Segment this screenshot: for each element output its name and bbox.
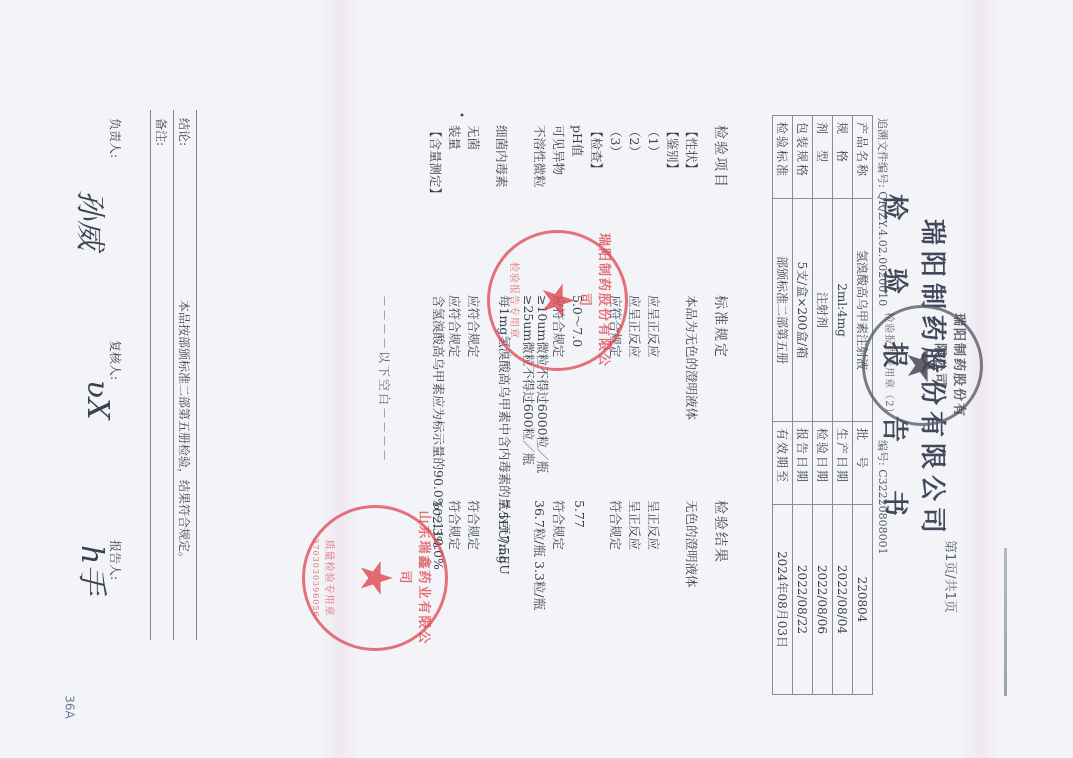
test-item-name: 无菌 [465, 125, 483, 150]
test-item-name: 不溶性微粒 [531, 125, 549, 188]
seal-text: 瑞阳制药股份有限公司 [577, 233, 615, 368]
responsible-signature: 孙威 [71, 190, 115, 250]
test-item-standard: 应符合规定 [446, 295, 464, 358]
test-item-row: 【性状】本品为无色的澄明液体无色的澄明液体 [682, 0, 701, 758]
info-value: 注射剂 [813, 199, 833, 422]
test-item-row: 【鉴别】 [663, 0, 682, 758]
blank-below-marker: －－－－以下空白－－－－ [376, 295, 393, 463]
product-info-table: 产品名称氢溴酸高乌甲素注射液批 号220804规 格2ml:4mg生产日期202… [772, 115, 873, 695]
info-label: 批 号 [853, 422, 873, 505]
info-row: 检验标准部颁标准二部第五册有效期至2024年08月03日 [773, 116, 793, 695]
test-item-standard: 本品为无色的澄明液体 [683, 295, 701, 420]
doc-code-label: 追溯文件编号: [876, 118, 889, 188]
info-label: 有效期至 [773, 422, 793, 505]
seal-subtext: 质量检验专用章 [323, 508, 338, 648]
test-item-name: 细菌内毒素 [493, 125, 511, 188]
test-item-standard: 应呈正反应 [645, 295, 663, 358]
conclusion-block: 结论: 本品按部颁标准二部第五册检验，结果符合规定。 备注: [150, 110, 197, 640]
test-item-name: （2） [626, 125, 644, 158]
info-value: 部颁标准二部第五册 [773, 199, 793, 422]
remarks-label: 备注: [153, 118, 170, 146]
test-item-row: （3）应符合规定符合规定 [606, 0, 625, 758]
reporter-signature: h手 [73, 545, 117, 594]
conclusion-row: 结论: 本品按部颁标准二部第五册检验，结果符合规定。 [174, 110, 197, 640]
inspection-seal-red: 瑞阳制药股份有限公司 ★ 检验报告专用章 [487, 230, 628, 371]
info-row: 包装规格5支/盒×200盒/箱报告日期2022/08/22 [793, 116, 813, 695]
test-item-row: 不溶性微粒≥10um微粒不得过6000粒／瓶 ≥25um微粒不得过600粒／瓶3… [511, 0, 549, 758]
header-item: 检验项目 [711, 125, 731, 189]
test-item-name: 【检查】 [588, 125, 606, 175]
info-label: 产品名称 [853, 116, 873, 199]
test-item-result: 呈正反应 [626, 500, 644, 550]
side-mark: 36A [63, 695, 77, 718]
scan-edge-line [1004, 548, 1007, 696]
seal-code: 3703030396056 [311, 508, 320, 648]
traceability-code: 追溯文件编号: QR/ZY.4.02.0020010 [875, 118, 891, 306]
test-item-result: 符合规定 [465, 500, 483, 550]
star-icon: ★ [353, 558, 397, 597]
info-label: 包装规格 [793, 116, 813, 199]
test-item-name: 【性状】 [683, 125, 701, 175]
test-item-standard: 应呈正反应 [626, 295, 644, 358]
test-item-standard: 应符合规定 [465, 295, 483, 358]
report-no-value: C32220808001 [876, 469, 889, 554]
test-item-name: （3） [607, 125, 625, 158]
info-value: 2022/08/06 [813, 505, 833, 695]
test-item-result: 呈正反应 [645, 500, 663, 550]
info-row: 剂 型注射剂检验日期2022/08/06 [813, 116, 833, 695]
test-item-row: 细菌内毒素每1mg氢溴酸高乌甲素中含内毒素的量小于7.5EU7.5EU/mg [483, 0, 511, 758]
seal-text: 瑞阳制药股份有限公司 [932, 308, 970, 423]
reviewer-label: 复核人: [107, 340, 124, 380]
header-result: 检验结果 [711, 500, 731, 564]
seal-subtext: 检验报告专用章（2） [883, 308, 898, 423]
test-item-name: pH值 [569, 125, 587, 156]
company-seal-gray: 瑞阳制药股份有限公司 ★ 检验报告专用章（2） [862, 305, 983, 426]
test-item-row: pH值5.0～7.05.77 [568, 0, 587, 758]
info-label: 生产日期 [833, 422, 853, 505]
conclusion-text: 本品按部颁标准二部第五册检验，结果符合规定。 [176, 300, 193, 564]
responsible-label: 负责人: [107, 118, 124, 158]
test-item-row: （1）应呈正反应呈正反应 [644, 0, 663, 758]
test-item-name: 【含量测定】 [427, 125, 445, 200]
conclusion-label: 结论: [176, 118, 193, 146]
report-number: 编号: C32220808001 [875, 440, 891, 555]
test-item-result: 符合规定 [607, 500, 625, 550]
test-item-result: 7.5EU/mg [496, 500, 511, 564]
star-icon: ★ [536, 281, 580, 320]
info-value: 220804 [853, 505, 873, 695]
header-standard: 标准规定 [711, 295, 731, 359]
doc-code-value: QR/ZY.4.02.0020010 [876, 191, 889, 306]
info-label: 剂 型 [813, 116, 833, 199]
info-row: 产品名称氢溴酸高乌甲素注射液批 号220804 [853, 116, 873, 695]
test-item-row: 【检查】 [587, 0, 606, 758]
info-label: 规 格 [833, 116, 853, 199]
test-item-result: 符合规定 [550, 500, 568, 550]
bullet-mark: • [455, 112, 466, 118]
quality-seal-red: 山东瑞鑫药业有限公司 ★ 质量检验专用章 3703030396056 [302, 505, 448, 651]
info-label: 报告日期 [793, 422, 813, 505]
info-value: 2022/08/22 [793, 505, 813, 695]
test-item-row: 可见异物应符合规定符合规定 [549, 0, 568, 758]
info-value: 2ml:4mg [833, 199, 853, 422]
seal-subtext: 检验报告专用章 [508, 233, 523, 368]
test-item-result: 符合规定 [446, 500, 464, 550]
info-label: 检验标准 [773, 116, 793, 199]
test-item-row: （2）应呈正反应呈正反应 [625, 0, 644, 758]
test-item-name: （1） [645, 125, 663, 158]
info-value: 5支/盒×200盒/箱 [793, 199, 813, 422]
page-indicator: 第1页/共1页 [942, 540, 961, 613]
test-item-result: 36.7粒/瓶 3.3粒/瓶 [530, 500, 549, 610]
test-item-result: 无色的澄明液体 [683, 500, 701, 588]
inspection-report: 瑞阳制药股份有限公司 检验报告书 第1页/共1页 追溯文件编号: QR/ZY.4… [0, 0, 1073, 758]
info-label: 检验日期 [813, 422, 833, 505]
test-item-row: 无菌应符合规定符合规定 [464, 0, 483, 758]
test-item-name: 装量 [446, 125, 464, 150]
remarks-row: 备注: [150, 110, 174, 640]
test-item-name: 可见异物 [550, 125, 568, 175]
seal-text: 山东瑞鑫药业有限公司 [397, 508, 435, 648]
info-value: 2024年08月03日 [773, 505, 793, 695]
test-item-name: 【鉴别】 [664, 125, 682, 175]
test-item-result: 5.77 [572, 500, 587, 528]
report-no-label: 编号: [876, 440, 889, 466]
reviewer-signature: ʋX [80, 380, 115, 420]
info-row: 规 格2ml:4mg生产日期2022/08/04 [833, 116, 853, 695]
info-value: 2022/08/04 [833, 505, 853, 695]
